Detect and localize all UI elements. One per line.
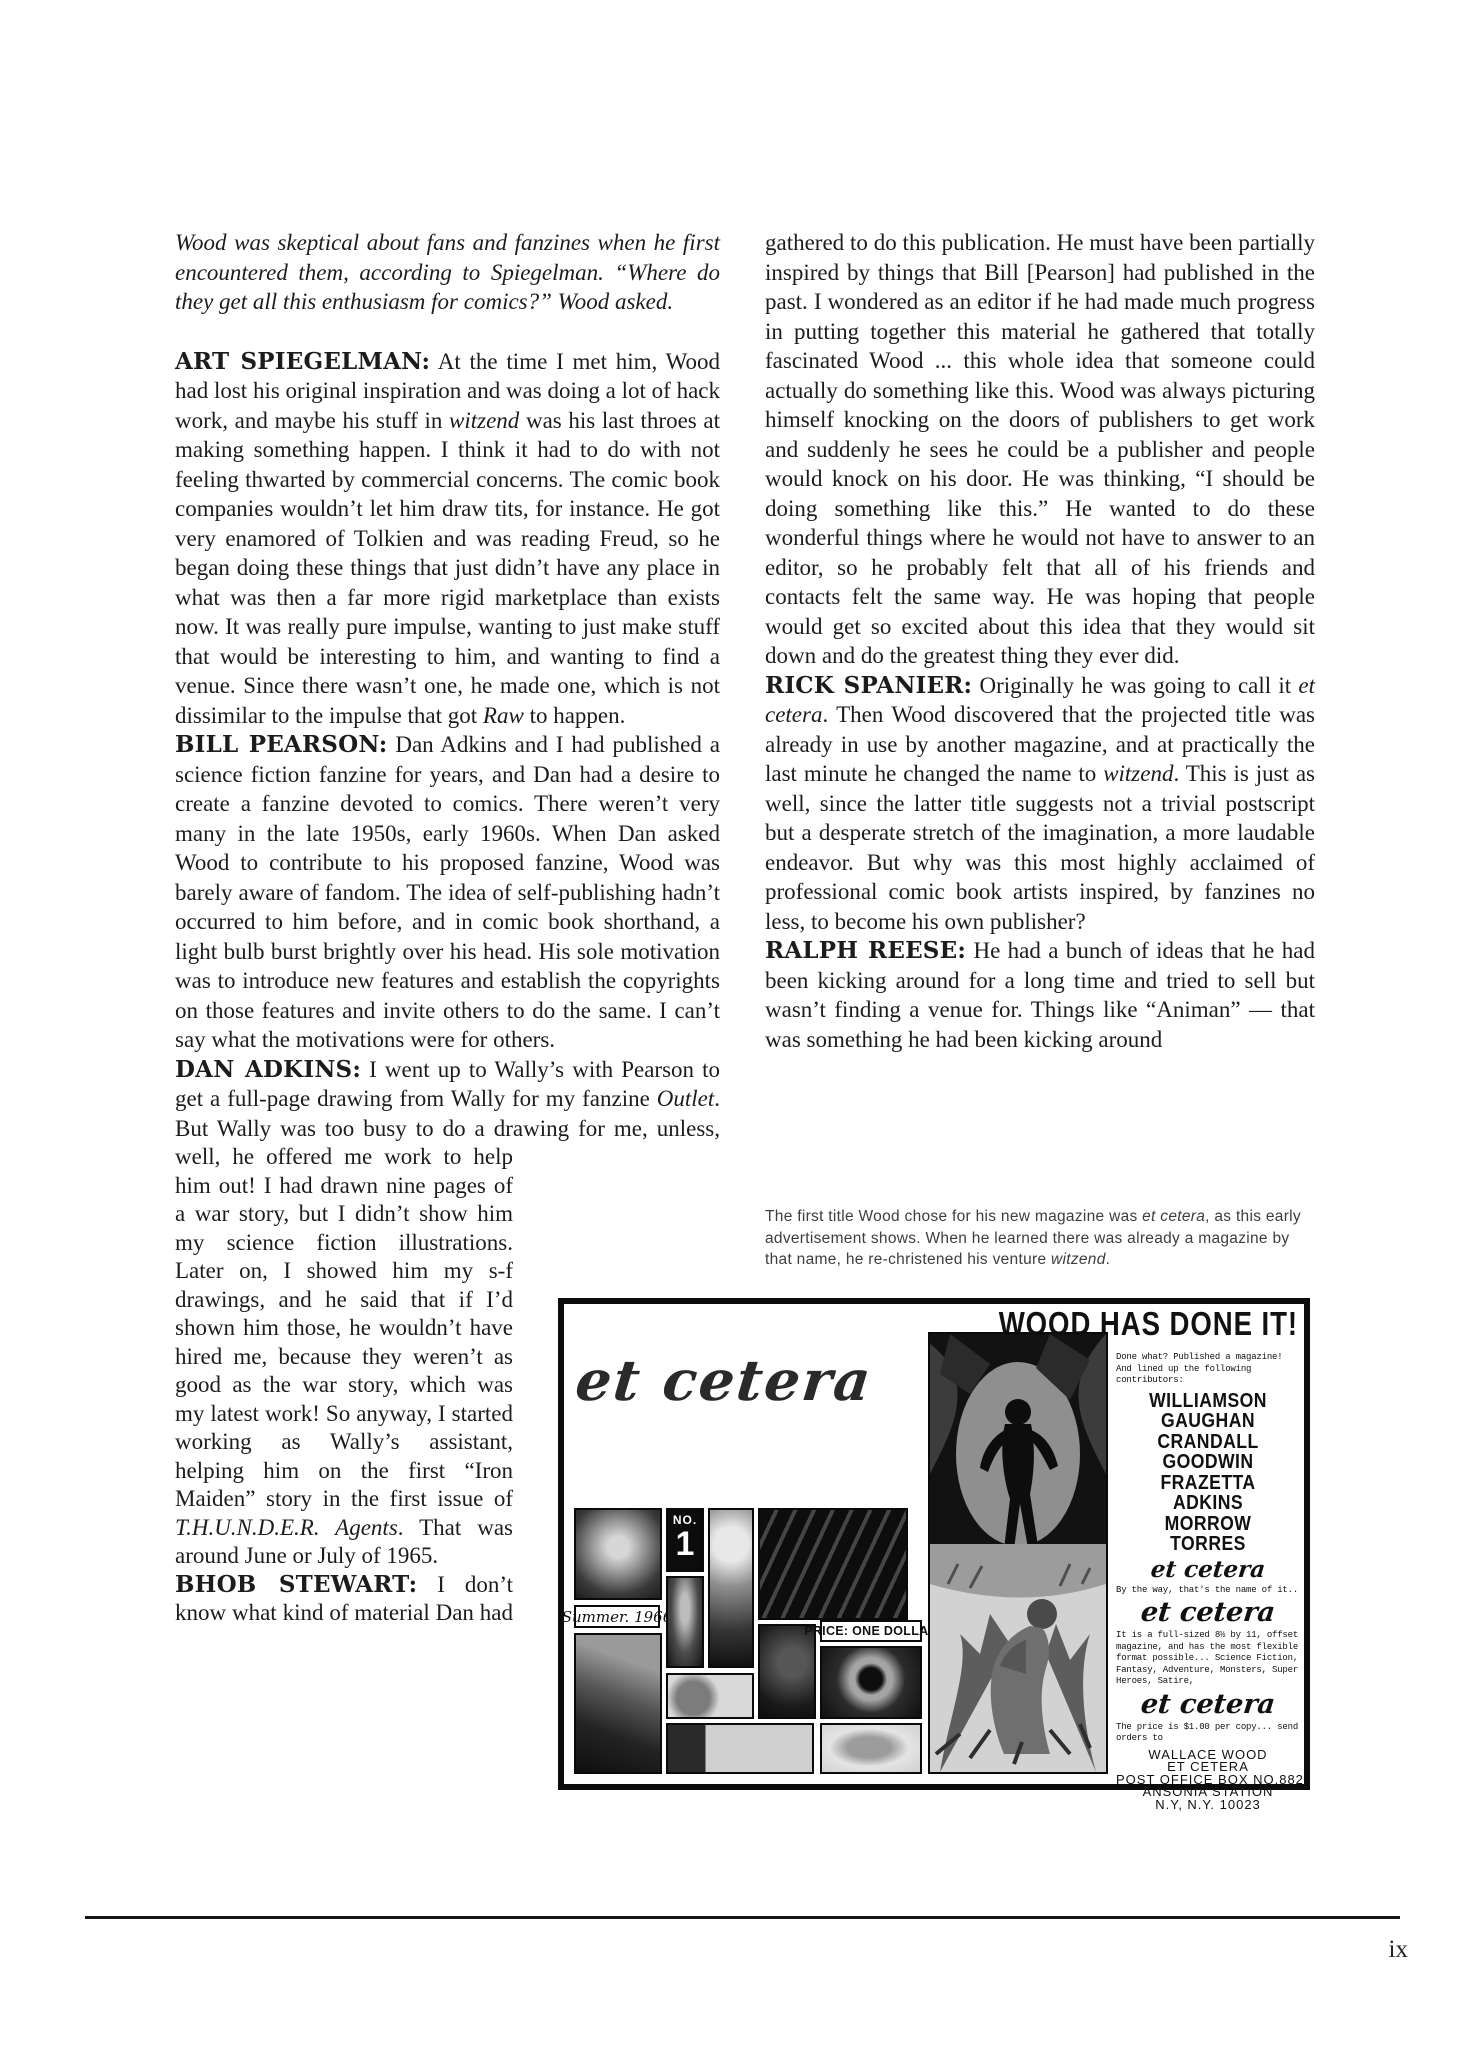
intro-paragraph: Wood was skeptical about fans and fanzin… [175, 228, 720, 317]
contributor-name: FRAZETTA [1127, 1473, 1289, 1494]
speaker-name: ART SPIEGELMAN: [175, 348, 430, 375]
right-column: gathered to do this publication. He must… [765, 228, 1315, 1054]
paragraph-pearson: BILL PEARSON: Dan Adkins and I had publi… [175, 730, 720, 1055]
ad-panel-space-kid [708, 1508, 754, 1668]
speaker-name: RICK SPANIER: [765, 672, 972, 699]
speaker-name: BILL PEARSON: [175, 731, 387, 758]
ad-contributor-list: WILLIAMSON GAUGHAN CRANDALL GOODWIN FRAZ… [1116, 1391, 1300, 1583]
issue-number: 1 [668, 1527, 702, 1561]
paragraph-adkins-continued: well, he offered me work to help him out… [175, 1143, 513, 1571]
paragraph-adkins: DAN ADKINS: I went up to Wally’s with Pe… [175, 1055, 720, 1144]
ad-panel-jungle-woman [666, 1576, 704, 1668]
ad-panel-trash-cans [666, 1723, 814, 1774]
speaker-name: RALPH REESE: [765, 937, 966, 964]
figure-caption: The first title Wood chose for his new m… [765, 1206, 1317, 1271]
ad-panel-man-face [574, 1508, 662, 1600]
page-number: ix [1360, 1936, 1408, 1964]
ad-masthead-script: et cetera [573, 1348, 876, 1414]
paragraph-spiegelman: ART SPIEGELMAN: At the time I met him, W… [175, 347, 720, 731]
paragraph-text: Dan Adkins and I had published a science… [175, 732, 720, 1052]
ad-subhead: Done what? Published a magazine! And lin… [1116, 1352, 1300, 1387]
contributor-name: ADKINS [1127, 1493, 1289, 1514]
et-cetera-advertisement: et cetera WOOD HAS DONE IT! Done what? P… [558, 1298, 1310, 1790]
ad-panel-jungle-wide [758, 1508, 908, 1620]
ad-script-et-cetera: et cetera [1115, 1557, 1302, 1583]
paragraph-text: Originally he was going to call it et ce… [765, 673, 1315, 934]
ad-body-text: It is a full-sized 8½ by 11, offset maga… [1116, 1630, 1300, 1688]
ad-price-label: PRICE: ONE DOLLAR [820, 1620, 922, 1642]
ad-panel-dive-helmet [820, 1646, 922, 1719]
ad-price-line: The price is $1.00 per copy... send orde… [1116, 1722, 1300, 1745]
paragraph-stewart: BHOB STEWART: I don’t know what kind of … [175, 1571, 513, 1628]
paragraph-text: At the time I met him, Wood had lost his… [175, 349, 720, 728]
paragraph-spanier: RICK SPANIER: Originally he was going to… [765, 671, 1315, 937]
ad-script-et-cetera: et cetera [1114, 1598, 1301, 1628]
address-line: N.Y, N.Y. 10023 [1116, 1799, 1300, 1812]
footer-rule [85, 1916, 1400, 1919]
contributor-name: GAUGHAN [1127, 1411, 1289, 1432]
ad-panel-alien-creature [820, 1723, 922, 1774]
ad-panel-cartoon-faces [666, 1673, 754, 1719]
contributor-name: CRANDALL [1127, 1432, 1289, 1453]
contributor-name: GOODWIN [1127, 1452, 1289, 1473]
ad-byline: By the way, that's the name of it.. [1116, 1585, 1300, 1597]
contributor-name: WILLIAMSON [1127, 1391, 1289, 1412]
paragraph-stewart-continued: gathered to do this publication. He must… [765, 228, 1315, 671]
narrow-text-block: well, he offered me work to help him out… [175, 1143, 513, 1628]
ad-panel-merman [574, 1633, 662, 1774]
contributor-name: TORRES [1127, 1534, 1289, 1555]
ad-date-label: Summer. 1966 [574, 1605, 660, 1628]
ad-issue-badge: NO. 1 [666, 1508, 704, 1572]
book-page: Wood was skeptical about fans and fanzin… [0, 0, 1482, 2048]
ad-central-art-panel [928, 1332, 1108, 1774]
ad-script-et-cetera: et cetera [1114, 1690, 1301, 1720]
ad-panel-undersea [758, 1624, 816, 1719]
animan-and-soldier-art [930, 1334, 1106, 1772]
speaker-name: DAN ADKINS: [175, 1056, 361, 1083]
paragraph-reese: RALPH REESE: He had a bunch of ideas tha… [765, 936, 1315, 1054]
speaker-name: BHOB STEWART: [175, 1571, 417, 1598]
ad-address-block: WALLACE WOOD ET CETERA POST OFFICE BOX N… [1116, 1749, 1300, 1812]
contributor-name: MORROW [1127, 1514, 1289, 1535]
ad-text-column: Done what? Published a magazine! And lin… [1116, 1350, 1300, 1811]
